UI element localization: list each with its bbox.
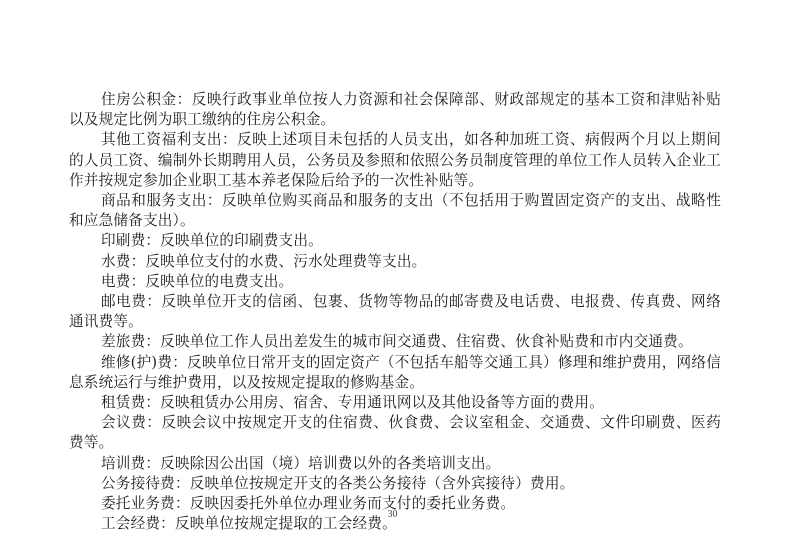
- paragraph-other-welfare: 其他工资福利支出：反映上述项目未包括的人员支出，如各种加班工资、病假两个月以上期…: [69, 130, 721, 191]
- paragraph-rental: 租赁费：反映租赁办公用房、宿舍、专用通讯网以及其他设备等方面的费用。: [69, 393, 721, 413]
- paragraph-housing-fund: 住房公积金：反映行政事业单位按人力资源和社会保障部、财政部规定的基本工资和津贴补…: [69, 90, 721, 130]
- paragraph-electricity: 电费：反映单位的电费支出。: [69, 272, 721, 292]
- paragraph-training: 培训费：反映除因公出国（境）培训费以外的各类培训支出。: [69, 454, 721, 474]
- paragraph-maintenance: 维修(护)费：反映单位日常开支的固定资产（不包括车船等交通工具）修理和维护费用，…: [69, 353, 721, 393]
- paragraph-water: 水费：反映单位支付的水费、污水处理费等支出。: [69, 252, 721, 272]
- paragraph-reception: 公务接待费：反映单位按规定开支的各类公务接待（含外宾接待）费用。: [69, 474, 721, 494]
- paragraph-printing: 印刷费：反映单位的印刷费支出。: [69, 231, 721, 251]
- paragraph-travel: 差旅费：反映单位工作人员出差发生的城市间交通费、住宿费、伙食补贴费和市内交通费。: [69, 332, 721, 352]
- paragraph-meeting: 会议费：反映会议中按规定开支的住宿费、伙食费、会议室租金、交通费、文件印刷费、医…: [69, 413, 721, 453]
- paragraph-goods-services: 商品和服务支出：反映单位购买商品和服务的支出（不包括用于购置固定资产的支出、战略…: [69, 191, 721, 231]
- document-body: 住房公积金：反映行政事业单位按人力资源和社会保障部、财政部规定的基本工资和津贴补…: [69, 90, 721, 534]
- page-number: 30: [0, 509, 785, 520]
- paragraph-postal: 邮电费：反映单位开支的信函、包裹、货物等物品的邮寄费及电话费、电报费、传真费、网…: [69, 292, 721, 332]
